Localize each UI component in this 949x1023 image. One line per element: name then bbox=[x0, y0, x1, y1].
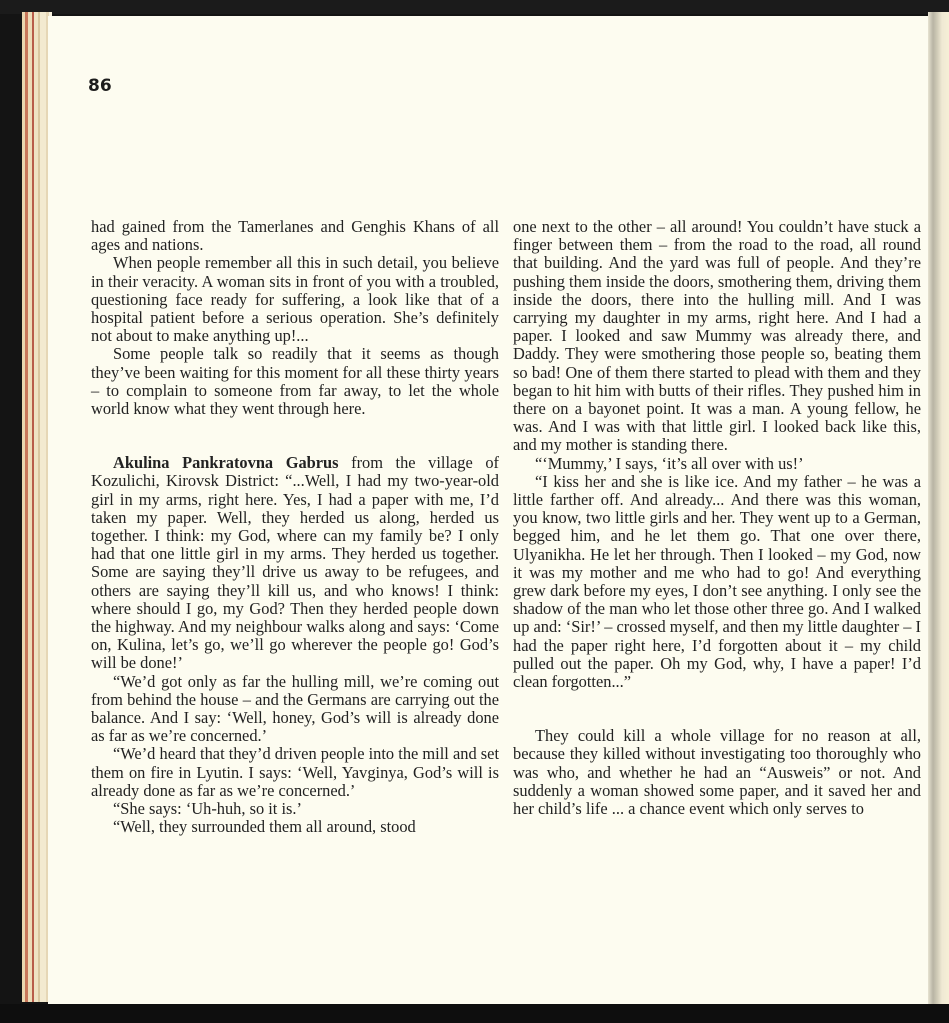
page-number: 86 bbox=[88, 76, 112, 96]
testimony-text: from the village of Kozulichi, Kirovsk D… bbox=[91, 453, 499, 672]
paragraph: Some people talk so readily that it seem… bbox=[91, 345, 499, 418]
testimony-intro: Akulina Pankratovna Gabrus from the vill… bbox=[91, 454, 499, 672]
paragraph: one next to the other – all around! You … bbox=[513, 218, 921, 455]
book-cover-top bbox=[0, 0, 949, 14]
book-cover-bottom bbox=[0, 1004, 949, 1023]
left-column: had gained from the Tamerlanes and Gengh… bbox=[91, 218, 499, 837]
book-gutter bbox=[928, 12, 949, 1004]
speaker-name: Akulina Pankratovna Gabrus bbox=[113, 453, 339, 472]
right-column: one next to the other – all around! You … bbox=[513, 218, 921, 818]
paragraph: had gained from the Tamerlanes and Gengh… bbox=[91, 218, 499, 254]
paragraph: “Well, they surrounded them all around, … bbox=[91, 818, 499, 836]
paragraph: When people remember all this in such de… bbox=[91, 254, 499, 345]
paragraph: “She says: ‘Uh-huh, so it is.’ bbox=[91, 800, 499, 818]
paragraph: “I kiss her and she is like ice. And my … bbox=[513, 473, 921, 691]
paragraph: “‘Mummy,’ I says, ‘it’s all over with us… bbox=[513, 455, 921, 473]
paragraph: “We’d heard that they’d driven people in… bbox=[91, 745, 499, 800]
closing-paragraph: They could kill a whole village for no r… bbox=[513, 727, 921, 818]
paragraph: “We’d got only as far the hulling mill, … bbox=[91, 673, 499, 746]
